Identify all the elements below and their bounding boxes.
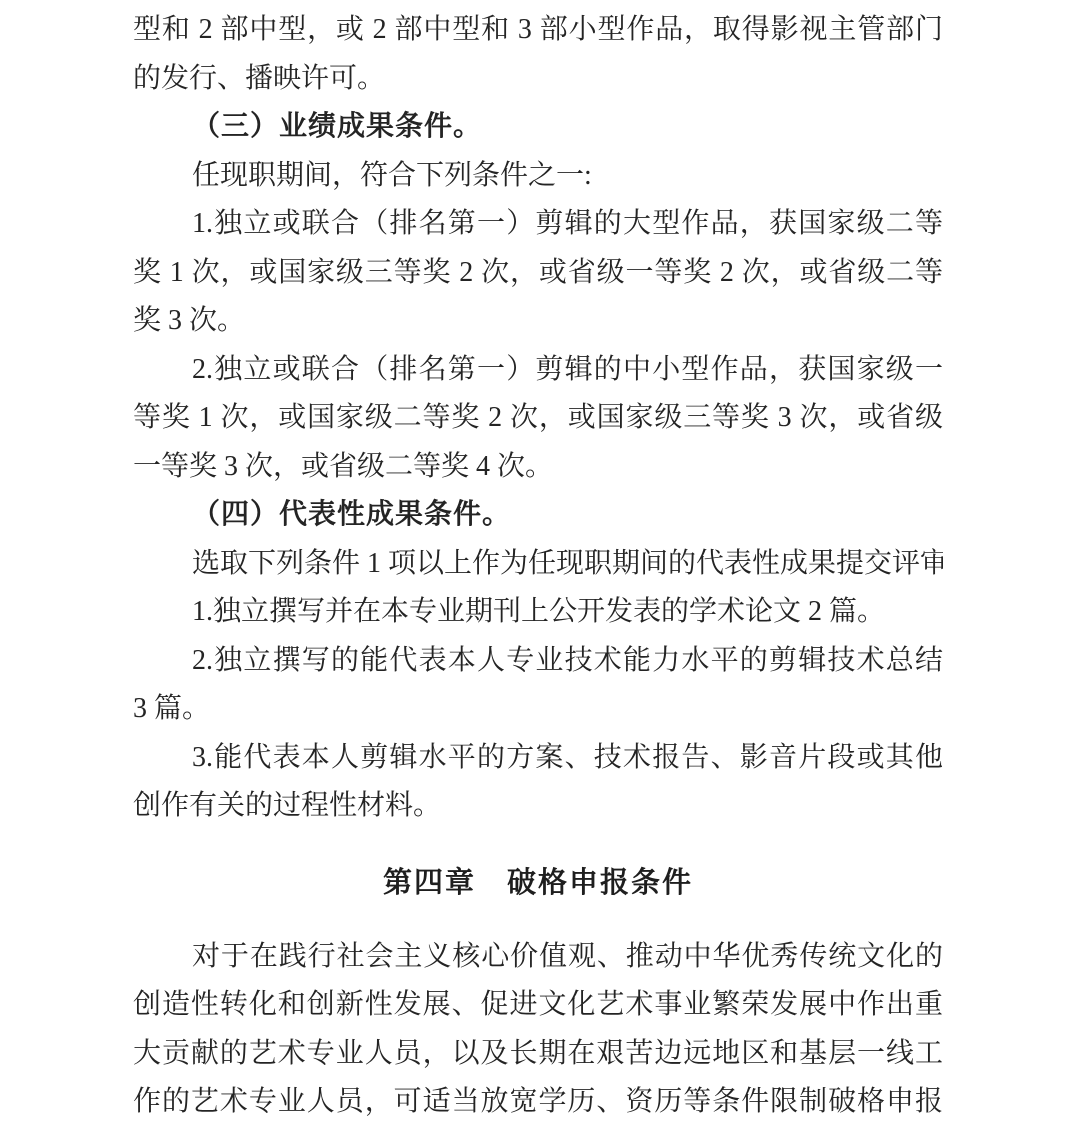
text-line: 创作有关的过程性材料。 bbox=[133, 782, 943, 831]
text-line: 对于在践行社会主义核心价值观、推动中华优秀传统文化的 bbox=[133, 933, 943, 982]
text-line: 奖 1 次，或国家级三等奖 2 次，或省级一等奖 2 次，或省级二等 bbox=[133, 249, 943, 298]
text-line: 型和 2 部中型，或 2 部中型和 3 部小型作品，取得影视主管部门 bbox=[133, 6, 943, 55]
document-body: 型和 2 部中型，或 2 部中型和 3 部小型作品，取得影视主管部门的发行、播映… bbox=[0, 6, 1080, 831]
text-line: 1.独立或联合（排名第一）剪辑的大型作品，获国家级二等 bbox=[133, 200, 943, 249]
chapter-heading: 第四章 破格申报条件 bbox=[133, 859, 943, 907]
document-page: 型和 2 部中型，或 2 部中型和 3 部小型作品，取得影视主管部门的发行、播映… bbox=[0, 0, 1080, 1132]
text-line: 大贡献的艺术专业人员，以及长期在艰苦边远地区和基层一线工 bbox=[133, 1030, 943, 1079]
text-line: 2.独立或联合（排名第一）剪辑的中小型作品，获国家级一 bbox=[133, 346, 943, 395]
section-heading: （四）代表性成果条件。 bbox=[133, 491, 943, 540]
text-line: 一等奖 3 次，或省级二等奖 4 次。 bbox=[133, 443, 943, 492]
text-line: 作的艺术专业人员，可适当放宽学历、资历等条件限制破格申报 bbox=[133, 1078, 943, 1127]
closing-paragraph: 对于在践行社会主义核心价值观、推动中华优秀传统文化的创造性转化和创新性发展、促进… bbox=[0, 933, 1080, 1127]
section-heading: （三）业绩成果条件。 bbox=[133, 103, 943, 152]
text-line: 2.独立撰写的能代表本人专业技术能力水平的剪辑技术总结 bbox=[133, 637, 943, 686]
text-line: 创造性转化和创新性发展、促进文化艺术事业繁荣发展中作出重 bbox=[133, 981, 943, 1030]
text-line: 等奖 1 次，或国家级二等奖 2 次，或国家级三等奖 3 次，或省级 bbox=[133, 394, 943, 443]
text-line: 任现职期间，符合下列条件之一: bbox=[133, 152, 943, 201]
text-line: 1.独立撰写并在本专业期刊上公开发表的学术论文 2 篇。 bbox=[133, 588, 943, 637]
text-line: 3 篇。 bbox=[133, 685, 943, 734]
text-line: 奖 3 次。 bbox=[133, 297, 943, 346]
text-line: 3.能代表本人剪辑水平的方案、技术报告、影音片段或其他 bbox=[133, 734, 943, 783]
text-line: 的发行、播映许可。 bbox=[133, 55, 943, 104]
text-line: 选取下列条件 1 项以上作为任现职期间的代表性成果提交评审: bbox=[133, 540, 943, 589]
